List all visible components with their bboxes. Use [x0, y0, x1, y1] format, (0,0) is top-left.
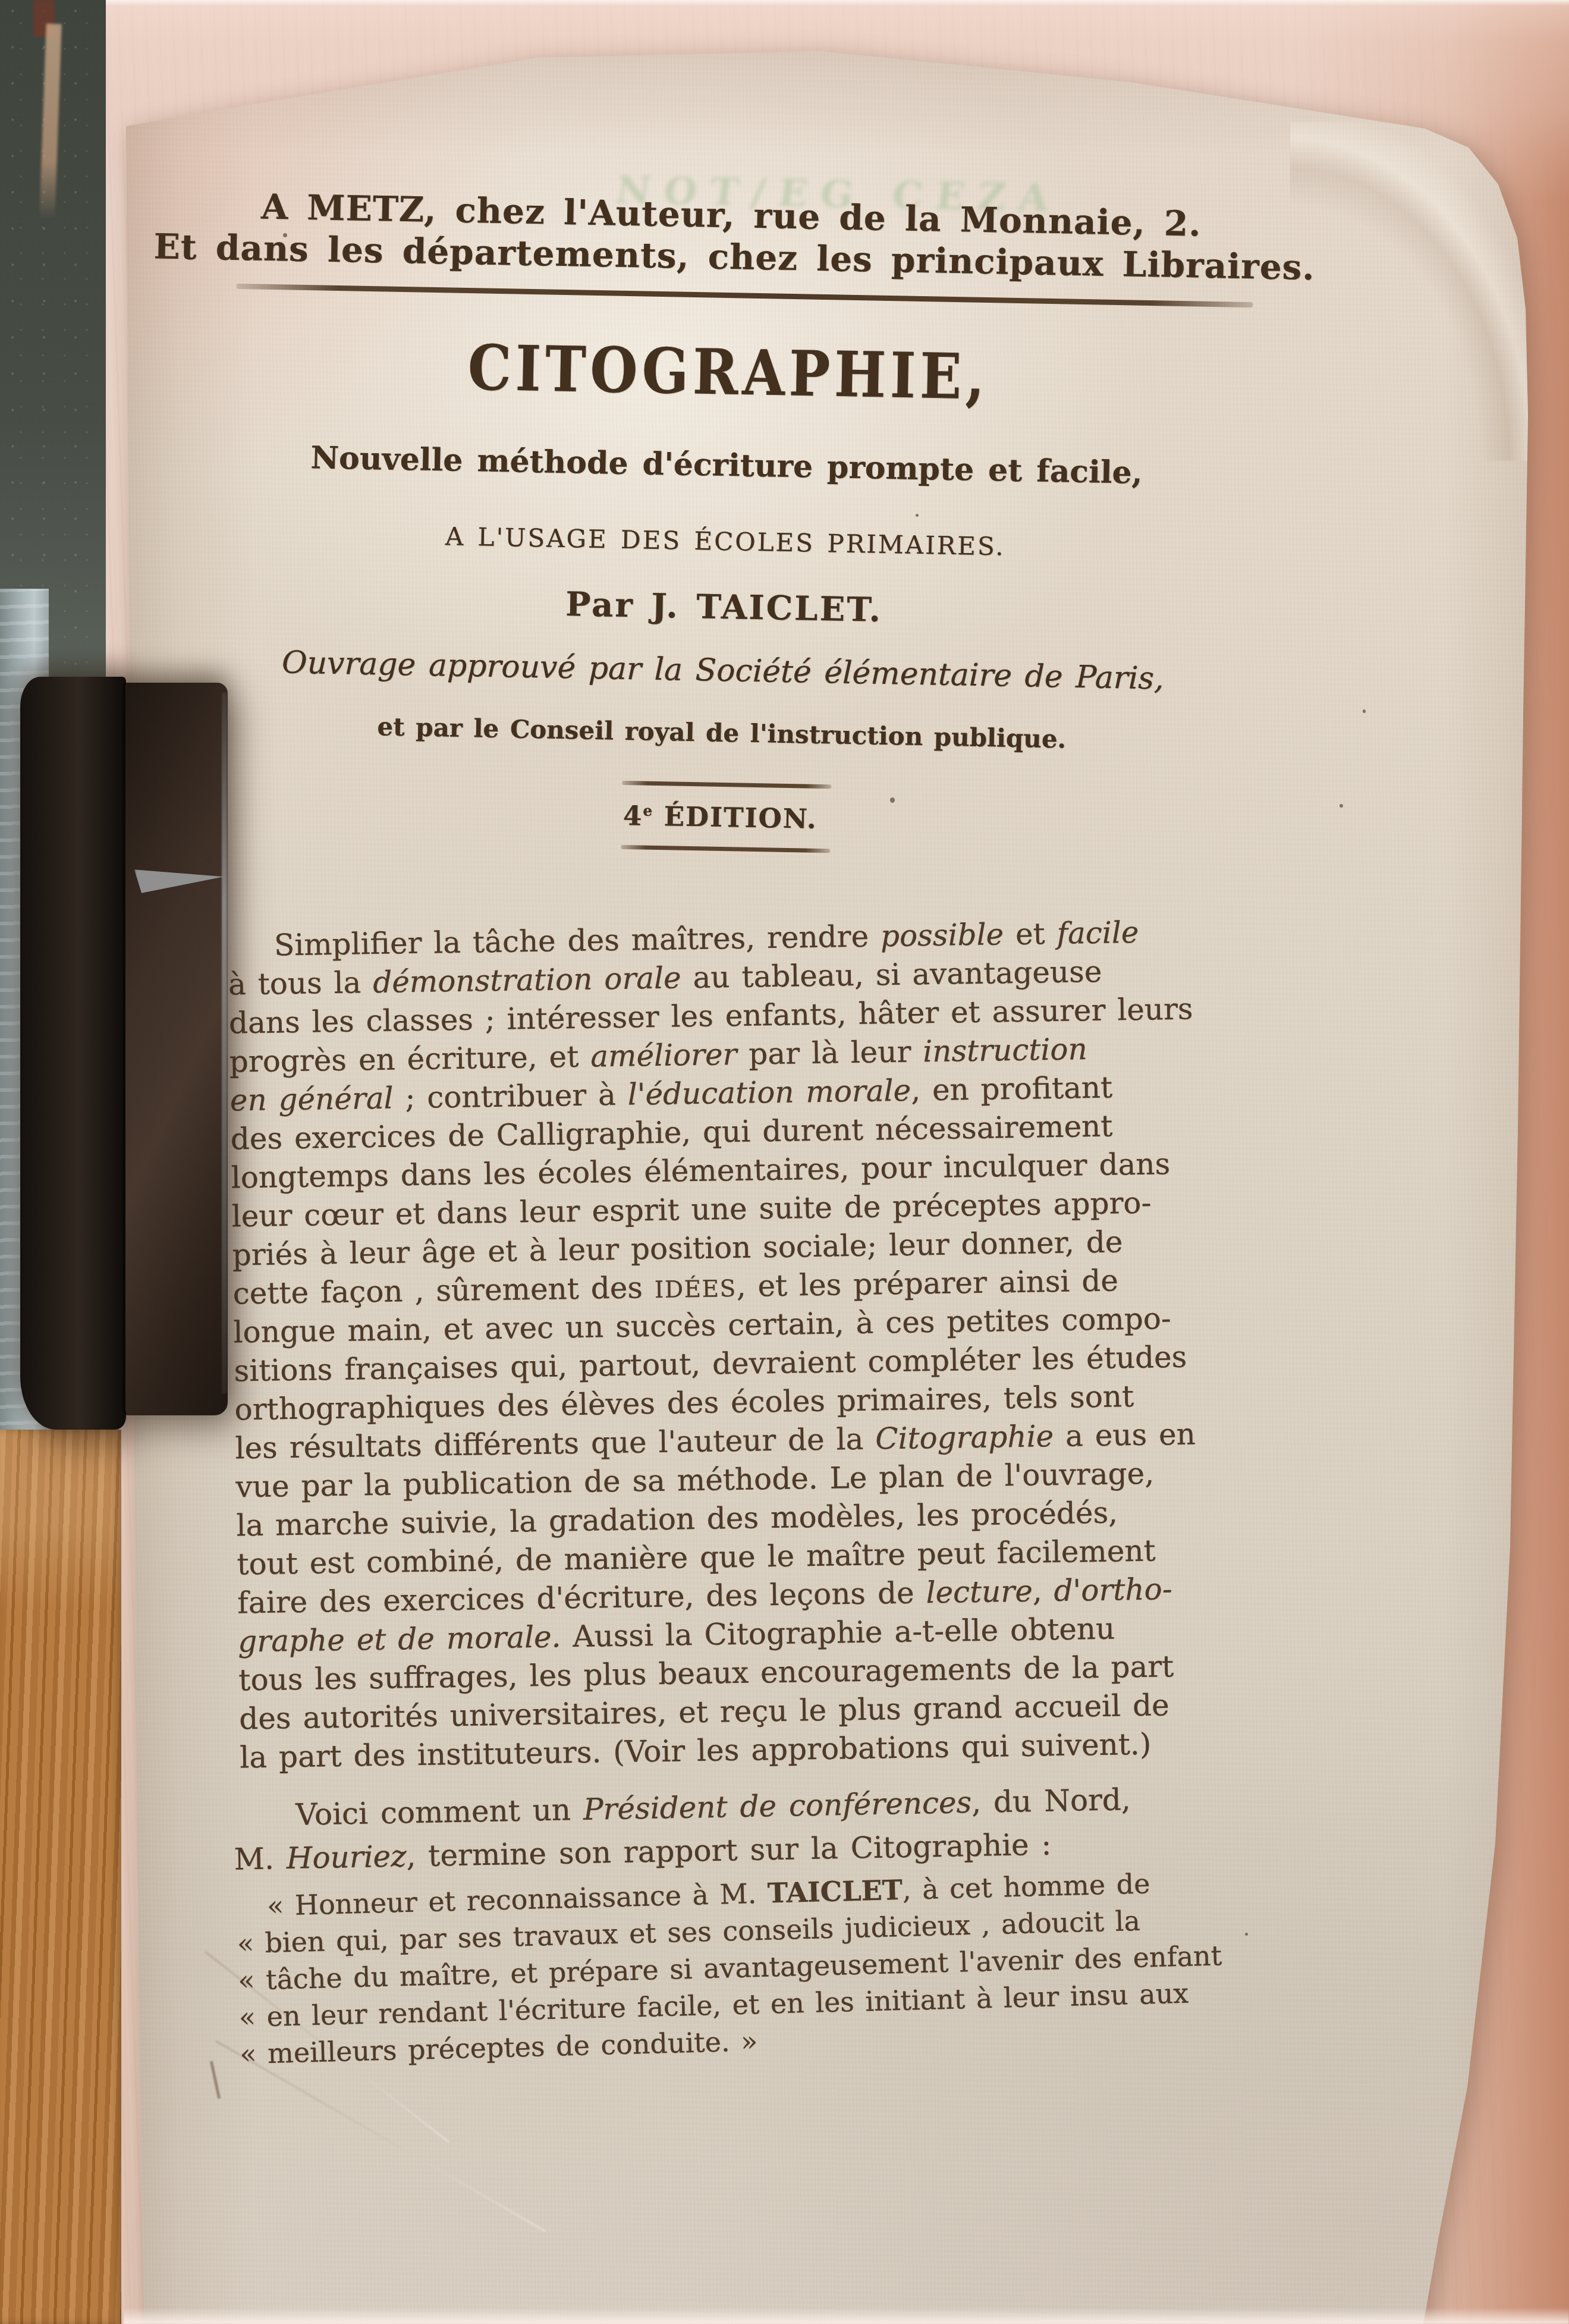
edition-line: 4e ÉDITION.	[143, 791, 1297, 844]
edition-label: ÉDITION.	[653, 800, 818, 835]
paragraph-1: Simplifier la tâche des maîtres, rendre …	[227, 911, 1320, 1777]
horizontal-rule	[236, 284, 1253, 307]
subtitle: Nouvelle méthode d'écriture prompte et f…	[150, 436, 1304, 494]
paper-crease	[210, 2061, 221, 2099]
bottom-light-strip	[124, 2307, 1569, 2324]
paper-speck	[1340, 804, 1343, 808]
byline: Par J. TAICLET.	[147, 577, 1301, 637]
audience-line: A L'USAGE DES ÉCOLES PRIMAIRES.	[149, 516, 1303, 567]
paper-speck	[1363, 709, 1366, 713]
clasp-panel	[122, 683, 228, 1415]
approval-line-2: et par le Conseil royal de l'instruction…	[145, 708, 1299, 758]
clasp-edge-highlight	[222, 692, 227, 1394]
clasp-bar	[20, 677, 126, 1430]
dog-ear-corner-crease	[1290, 122, 1534, 461]
page-title: CITOGRAPHIE,	[151, 329, 1306, 415]
photo-of-title-page: NOT/EG CEZA A METZ, chez l'Auteur, rue d…	[0, 0, 1569, 2324]
title-page: NOT/EG CEZA A METZ, chez l'Auteur, rue d…	[0, 0, 1569, 2324]
edition-number: 4	[622, 800, 643, 832]
page-title-text: CITOGRAPHIE,	[467, 331, 990, 413]
short-rule-top	[622, 781, 831, 789]
quotation-block: « Honneur et reconnaissance à M. TAICLET…	[235, 1861, 1328, 2072]
title-block: NOT/EG CEZA A METZ, chez l'Auteur, rue d…	[142, 0, 1312, 903]
metal-clasp	[20, 677, 232, 1430]
page-shadow-wrap: NOT/EG CEZA A METZ, chez l'Auteur, rue d…	[0, 0, 1569, 2324]
edition-superscript: e	[643, 802, 653, 819]
short-rule-bottom	[621, 845, 830, 853]
approval-line-1: Ouvrage approuvé par la Société élémenta…	[146, 642, 1300, 699]
